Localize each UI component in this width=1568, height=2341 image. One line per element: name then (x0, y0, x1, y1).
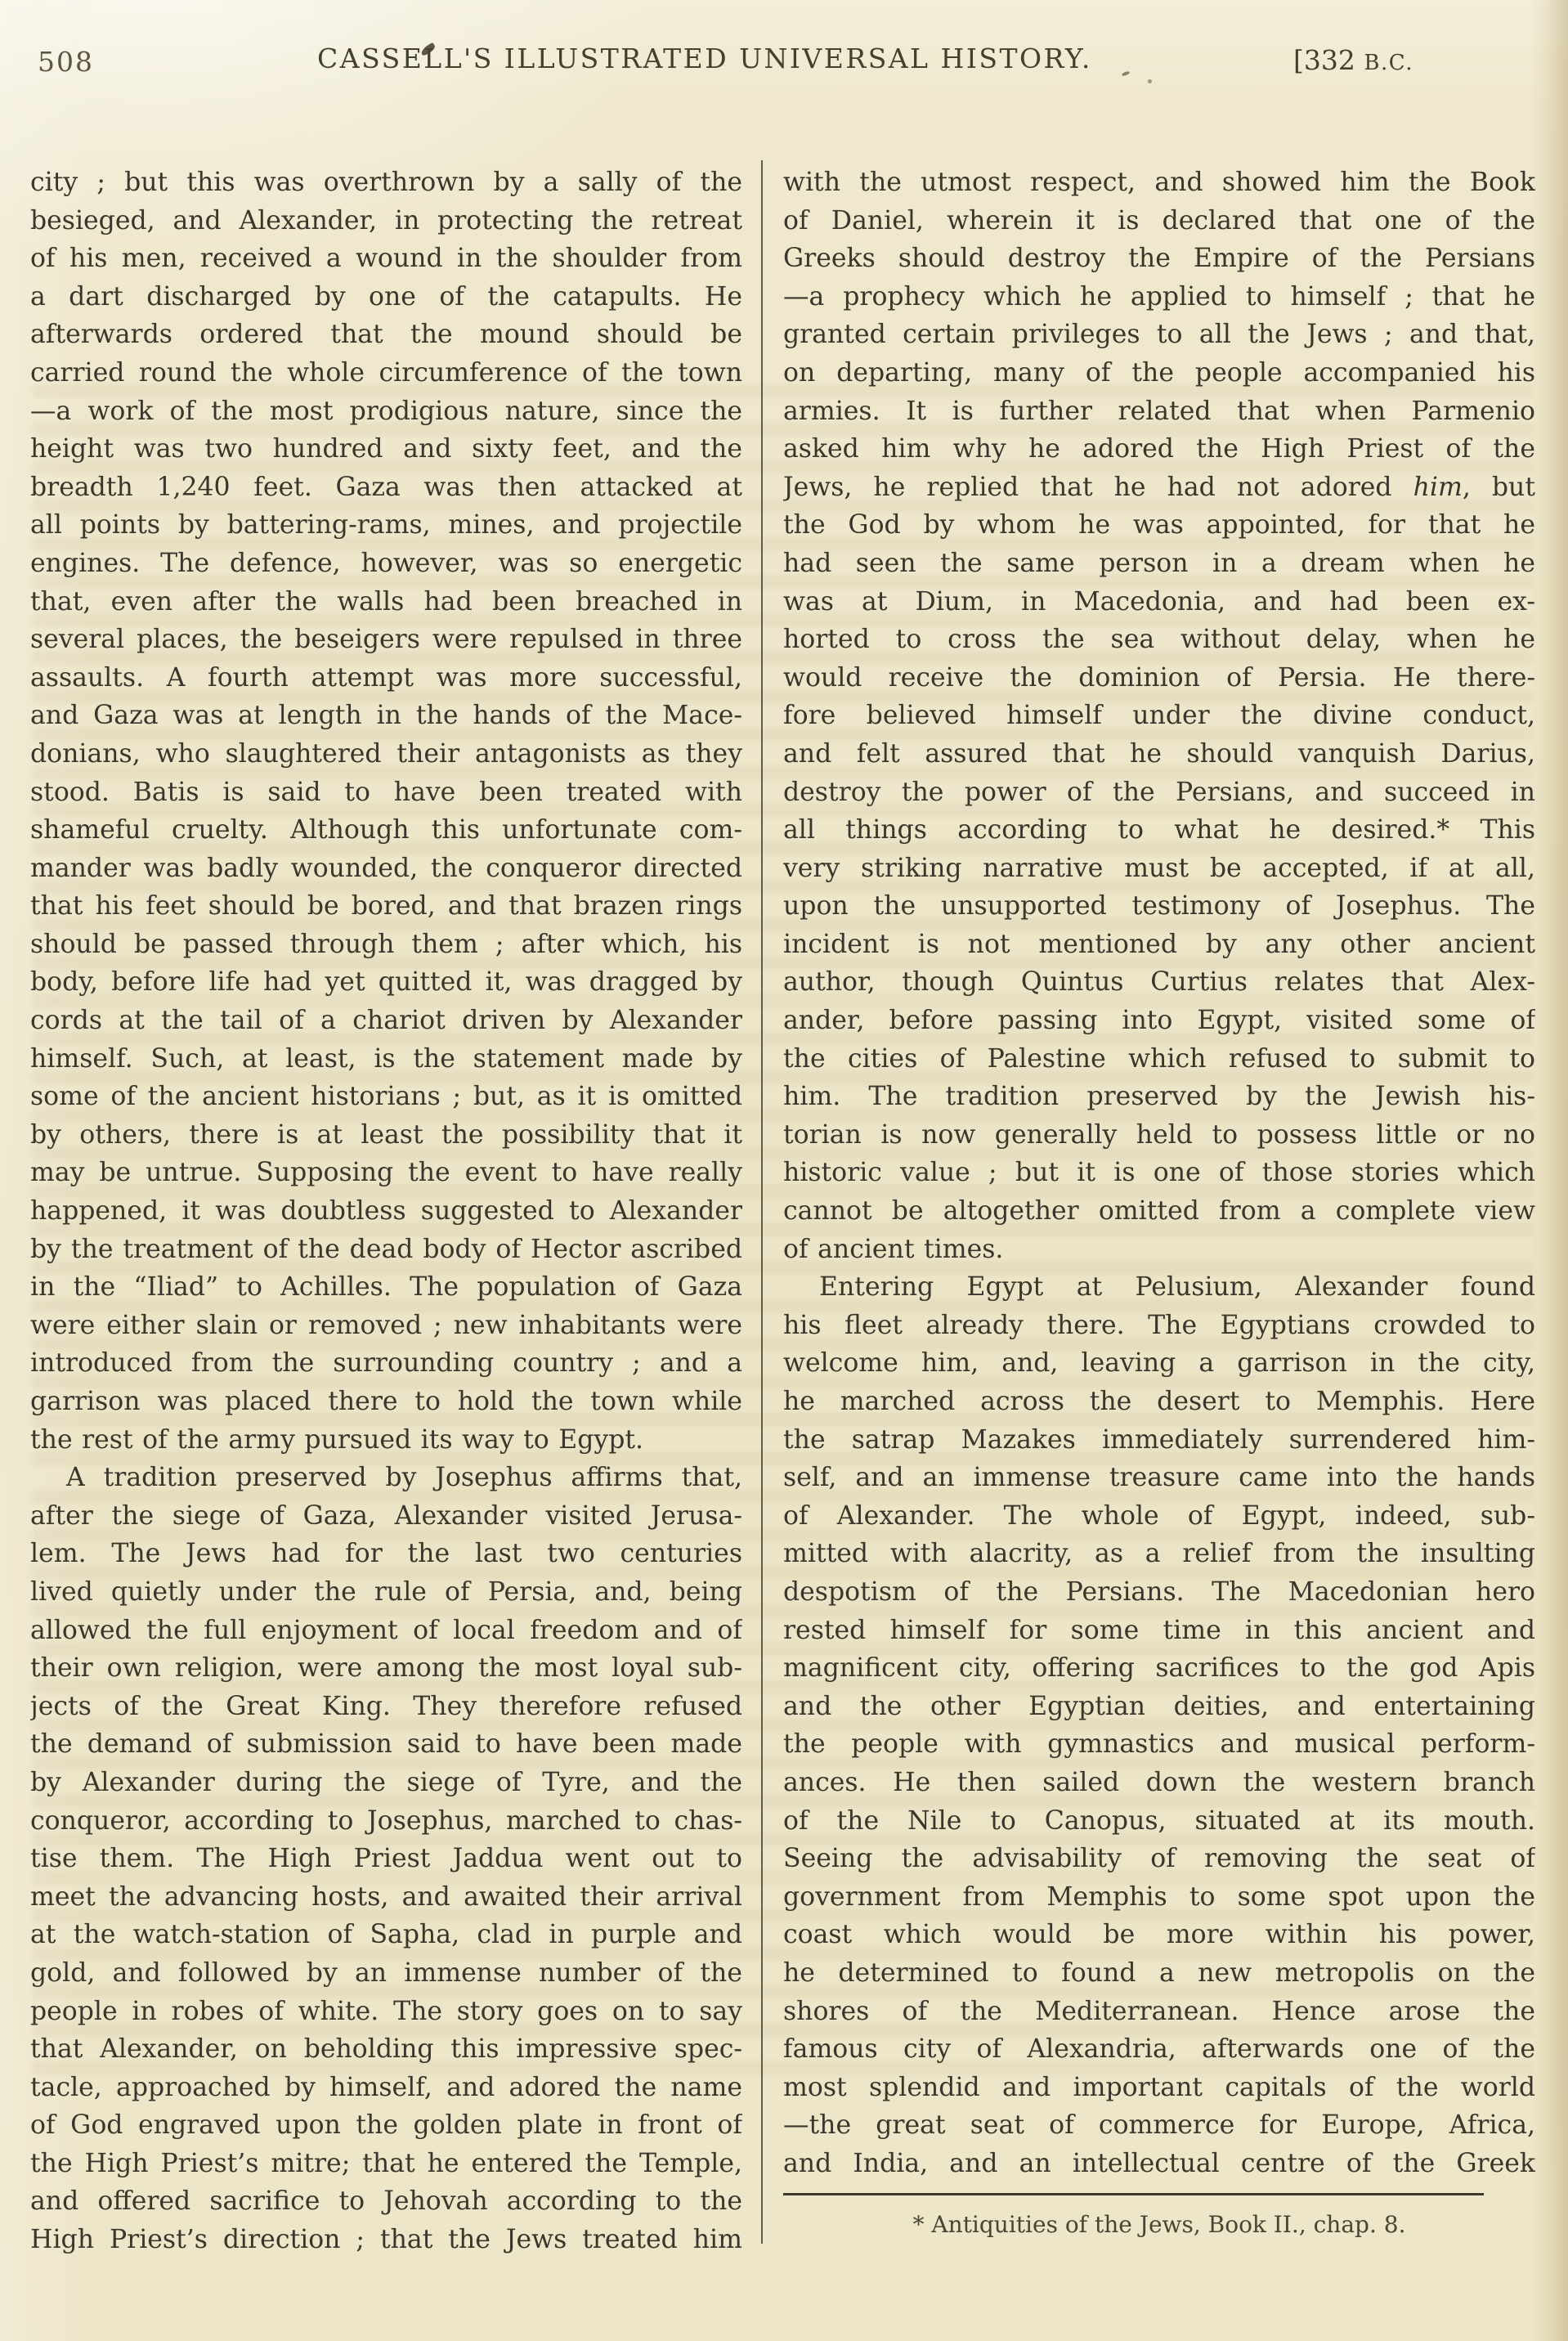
text-line: their own religion, were among the most … (30, 1649, 742, 1688)
text-line: —a prophecy which he applied to himself … (783, 278, 1535, 316)
text-line: people in robes of white. The story goes… (30, 1993, 742, 2031)
text-line: introduced from the surrounding country … (30, 1344, 742, 1383)
text-line: the cities of Palestine which refused to… (783, 1040, 1535, 1079)
text-line: and the other Egyptian deities, and ente… (783, 1688, 1535, 1726)
text-line: A tradition preserved by Josephus affirm… (30, 1459, 742, 1497)
text-line: should be passed through them ; after wh… (30, 926, 742, 964)
text-line: the High Priest’s mitre; that he entered… (30, 2145, 742, 2183)
text-line: author, though Quintus Curtius relates t… (783, 963, 1535, 1002)
text-line: horted to cross the sea without delay, w… (783, 621, 1535, 659)
text-line: all points by battering-rams, mines, and… (30, 506, 742, 545)
text-line: the demand of submission said to have be… (30, 1725, 742, 1764)
running-title: CASSELL'S ILLUSTRATED UNIVERSAL HISTORY. (317, 43, 1092, 74)
text-line: conqueror, according to Josephus, marche… (30, 1802, 742, 1841)
text-line: Seeing the advisability of removing the … (783, 1840, 1535, 1878)
text-line: and Gaza was at length in the hands of t… (30, 697, 742, 735)
text-line: by the treatment of the dead body of Hec… (30, 1231, 742, 1269)
text-line: —the great seat of commerce for Europe, … (783, 2106, 1535, 2145)
text-line: armies. It is further related that when … (783, 392, 1535, 431)
text-line: and felt assured that he should vanquish… (783, 735, 1535, 774)
text-line: height was two hundred and sixty feet, a… (30, 430, 742, 469)
text-line: of God engraved upon the golden plate in… (30, 2106, 742, 2145)
text-line: cords at the tail of a chariot driven by… (30, 1002, 742, 1040)
text-line: assaults. A fourth attempt was more succ… (30, 659, 742, 697)
text-line: on departing, many of the people accompa… (783, 354, 1535, 392)
text-line: historic value ; but it is one of those … (783, 1154, 1535, 1192)
footnote-separator-rule (783, 2193, 1484, 2195)
text-line: and India, and an intellectual centre of… (783, 2145, 1535, 2183)
text-line: with the utmost respect, and showed him … (783, 164, 1535, 202)
text-line: shores of the Mediterranean. Hence arose… (783, 1993, 1535, 2031)
text-line: himself. Such, at least, is the statemen… (30, 1040, 742, 1079)
text-line: besieged, and Alexander, in protecting t… (30, 202, 742, 240)
text-line: afterwards ordered that the mound should… (30, 316, 742, 354)
text-line: was at Dium, in Macedonia, and had been … (783, 583, 1535, 621)
text-line: mitted with alacrity, as a relief from t… (783, 1535, 1535, 1573)
text-line: he marched across the desert to Memphis.… (783, 1383, 1535, 1421)
left-text-column: city ; but this was overthrown by a sall… (30, 164, 742, 2259)
text-line: engines. The defence, however, was so en… (30, 545, 742, 583)
text-line: had seen the same person in a dream when… (783, 545, 1535, 583)
text-line: shameful cruelty. Although this unfortun… (30, 811, 742, 850)
text-line: several places, the beseigers were repul… (30, 621, 742, 659)
text-line: a dart discharged by one of the catapult… (30, 278, 742, 316)
text-line: Jews, he replied that he had not adored … (783, 469, 1535, 507)
text-line: Greeks should destroy the Empire of the … (783, 240, 1535, 278)
text-line: garrison was placed there to hold the to… (30, 1383, 742, 1421)
text-line: —a work of the most prodigious nature, s… (30, 392, 742, 431)
text-line: government from Memphis to some spot upo… (783, 1878, 1535, 1917)
text-line: that, even after the walls had been brea… (30, 583, 742, 621)
text-line: High Priest’s direction ; that the Jews … (30, 2221, 742, 2259)
text-line: Entering Egypt at Pelusium, Alexander fo… (783, 1268, 1535, 1307)
text-line: that Alexander, on beholding this impres… (30, 2030, 742, 2069)
text-line: all things according to what he desired.… (783, 811, 1535, 850)
text-line: cannot be altogether omitted from a comp… (783, 1192, 1535, 1231)
text-line: despotism of the Persians. The Macedonia… (783, 1573, 1535, 1612)
text-line: gold, and followed by an immense number … (30, 1954, 742, 1993)
text-line: donians, who slaughtered their antagonis… (30, 735, 742, 774)
text-line: of the Nile to Canopus, situated at its … (783, 1802, 1535, 1841)
text-line: city ; but this was overthrown by a sall… (30, 164, 742, 202)
text-line: most splendid and important capitals of … (783, 2069, 1535, 2107)
text-line: in the “Iliad” to Achilles. The populati… (30, 1268, 742, 1307)
text-line: him. The tradition preserved by the Jewi… (783, 1078, 1535, 1116)
text-line: welcome him, and, leaving a garrison in … (783, 1344, 1535, 1383)
text-line: that his feet should be bored, and that … (30, 887, 742, 926)
text-line: meet the advancing hosts, and awaited th… (30, 1878, 742, 1917)
text-line: of his men, received a wound in the shou… (30, 240, 742, 278)
text-line: and offered sacrifice to Jehovah accordi… (30, 2182, 742, 2221)
text-line: breadth 1,240 feet. Gaza was then attack… (30, 469, 742, 507)
text-line: incident is not mentioned by any other a… (783, 926, 1535, 964)
text-line: famous city of Alexandria, afterwards on… (783, 2030, 1535, 2069)
text-line: lived quietly under the rule of Persia, … (30, 1573, 742, 1612)
book-page-scan: 508 CASSELL'S ILLUSTRATED UNIVERSAL HIST… (0, 0, 1568, 2341)
margin-date-year: [332 (1293, 44, 1355, 76)
text-line: after the siege of Gaza, Alexander visit… (30, 1497, 742, 1536)
margin-date-era: B.C. (1364, 51, 1413, 75)
text-line: self, and an immense treasure came into … (783, 1459, 1535, 1497)
text-line: ander, before passing into Egypt, visite… (783, 1002, 1535, 1040)
text-line: upon the unsupported testimony of Joseph… (783, 887, 1535, 926)
text-line: some of the ancient historians ; but, as… (30, 1078, 742, 1116)
text-line: very striking narrative must be accepted… (783, 850, 1535, 888)
text-line: granted certain privileges to all the Je… (783, 316, 1535, 354)
text-line: his fleet already there. The Egyptians c… (783, 1307, 1535, 1345)
text-line: allowed the full enjoyment of local free… (30, 1612, 742, 1650)
column-divider-rule (761, 160, 763, 2244)
text-line: of Daniel, wherein it is declared that o… (783, 202, 1535, 240)
text-line: the God by whom he was appointed, for th… (783, 506, 1535, 545)
text-line: he determined to found a new metropolis … (783, 1954, 1535, 1993)
text-line: lem. The Jews had for the last two centu… (30, 1535, 742, 1573)
text-line: coast which would be more within his pow… (783, 1916, 1535, 1954)
text-line: the satrap Mazakes immediately surrender… (783, 1421, 1535, 1460)
text-line: may be untrue. Supposing the event to ha… (30, 1154, 742, 1192)
text-line: fore believed himself under the divine c… (783, 697, 1535, 735)
text-line: jects of the Great King. They therefore … (30, 1688, 742, 1726)
page-number: 508 (38, 46, 94, 78)
text-line: asked him why he adored the High Priest … (783, 430, 1535, 469)
text-line: the rest of the army pursued its way to … (30, 1421, 742, 1460)
text-line: carried round the whole circumference of… (30, 354, 742, 392)
ink-smudge (1122, 70, 1131, 76)
text-line: ances. He then sailed down the western b… (783, 1764, 1535, 1802)
footnote: * Antiquities of the Jews, Book II., cha… (783, 2211, 1535, 2238)
text-line: destroy the power of the Persians, and s… (783, 774, 1535, 812)
text-line: by others, there is at least the possibi… (30, 1116, 742, 1155)
text-line: mander was badly wounded, the conqueror … (30, 850, 742, 888)
text-line: magnificent city, offering sacrifices to… (783, 1649, 1535, 1688)
text-line: at the watch-station of Sapha, clad in p… (30, 1916, 742, 1954)
margin-date: [332 B.C. (1293, 44, 1413, 76)
text-line: of Alexander. The whole of Egypt, indeed… (783, 1497, 1535, 1536)
text-line: tise them. The High Priest Jaddua went o… (30, 1840, 742, 1878)
text-line: of ancient times. (783, 1231, 1535, 1269)
text-line: torian is now generally held to possess … (783, 1116, 1535, 1155)
text-line: would receive the dominion of Persia. He… (783, 659, 1535, 697)
text-line: the people with gymnastics and musical p… (783, 1725, 1535, 1764)
right-text-column: with the utmost respect, and showed him … (783, 164, 1535, 2182)
text-line: were either slain or removed ; new inhab… (30, 1307, 742, 1345)
text-line: body, before life had yet quitted it, wa… (30, 963, 742, 1002)
ink-smudge (1148, 79, 1152, 83)
text-line: stood. Batis is said to have been treate… (30, 774, 742, 812)
text-line: rested himself for some time in this anc… (783, 1612, 1535, 1650)
text-line: tacle, approached by himself, and adored… (30, 2069, 742, 2107)
text-line: by Alexander during the siege of Tyre, a… (30, 1764, 742, 1802)
page-edge-shadow (1530, 0, 1568, 2341)
text-line: happened, it was doubtless suggested to … (30, 1192, 742, 1231)
